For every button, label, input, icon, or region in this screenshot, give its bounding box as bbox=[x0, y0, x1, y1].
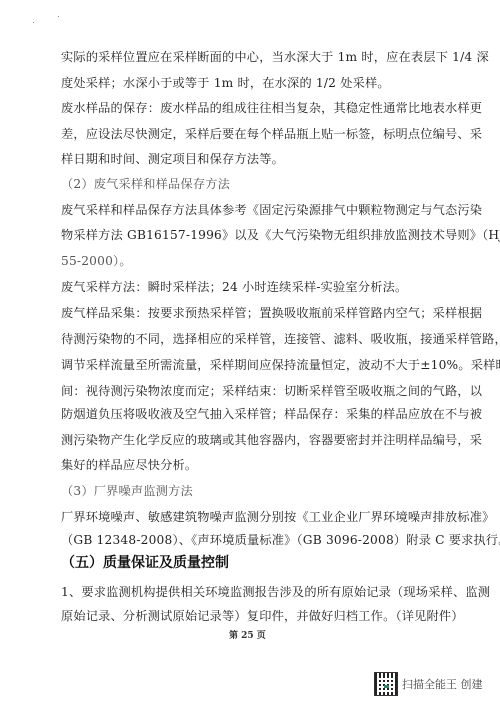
body-line: 防烟道负压将吸收液及空气抽入采样管；样品保存：采集的样品应放在不与被 bbox=[61, 406, 439, 422]
qr-code-icon bbox=[374, 672, 398, 696]
subsection-heading: （2）废气采样和样品保存方法 bbox=[61, 176, 439, 192]
scan-speck bbox=[33, 22, 34, 23]
body-line: 差，应设法尽快测定，采样后要在每个样品瓶上贴一标签，标明点位编号、采 bbox=[61, 126, 439, 142]
body-line: 55-2000）。 bbox=[61, 253, 439, 269]
qa-line: 1、要求监测机构提供相关环境监测报告涉及的所有原始记录（现场采样、监测 bbox=[61, 584, 439, 600]
body-line: 废气采样方法：瞬时采样法；24 小时连续采样-实验室分析法。 bbox=[61, 279, 439, 295]
body-line: 废水样品的保存：废水样品的组成往往相当复杂，其稳定性通常比地表水样更 bbox=[61, 100, 439, 116]
body-line: 实际的采样位置应在采样断面的中心，当水深大于 1m 时，应在表层下 1/4 深 bbox=[61, 49, 439, 65]
subsection-heading: （3）厂界噪声监测方法 bbox=[61, 483, 439, 499]
body-line: 度处采样；水深小于或等于 1m 时，在水深的 1/2 处采样。 bbox=[61, 75, 439, 91]
body-line: 测污染物产生化学反应的玻璃或其他容器内，容器要密封并注明样品编号，采 bbox=[61, 432, 439, 448]
scanner-watermark: 扫描全能王 创建 bbox=[374, 672, 483, 696]
scan-speck bbox=[58, 16, 59, 17]
watermark-text: 扫描全能王 创建 bbox=[402, 676, 483, 692]
body-line: 废气样品采集：按要求预热采样管；置换吸收瓶前采样管路内空气；采样根据 bbox=[61, 305, 439, 321]
body-line: 样日期和时间、测定项目和保存方法等。 bbox=[61, 151, 439, 167]
body-line: 集好的样品应尽快分析。 bbox=[61, 457, 439, 473]
body-line: 待测污染物的不同，选择相应的采样管，连接管、滤料、吸收瓶，接通采样管路， bbox=[61, 331, 439, 347]
body-line: 间：视待测污染物浓度而定；采样结束：切断采样管至吸收瓶之间的气路，以 bbox=[61, 383, 439, 399]
body-line: 物采样方法 GB16157-1996》以及《大气污染物无组织排放监测技术导则》（… bbox=[61, 227, 439, 243]
body-line: 调节采样流量至所需流量，采样期间应保持流量恒定，波动不大于±10%。采样时 bbox=[61, 357, 439, 373]
page-number: 第 25 页 bbox=[229, 628, 266, 641]
body-line: （GB 12348-2008）、《声环境质量标准》（GB 3096-2008）附… bbox=[61, 532, 439, 548]
qa-line: 原始记录、分析测试原始记录等）复印件，并做好归档工作。（详见附件） bbox=[61, 608, 439, 624]
document-page: 实际的采样位置应在采样断面的中心，当水深大于 1m 时，应在表层下 1/4 深 … bbox=[0, 0, 500, 707]
body-line: 废气采样和样品保存方法具体参考《固定污染源排气中颗粒物测定与气态污染 bbox=[61, 202, 439, 218]
section-heading: （五）质量保证及质量控制 bbox=[61, 554, 229, 572]
body-line: 厂界环境噪声、敏感建筑物噪声监测分别按《工业企业厂界环境噪声排放标准》 bbox=[61, 509, 439, 525]
